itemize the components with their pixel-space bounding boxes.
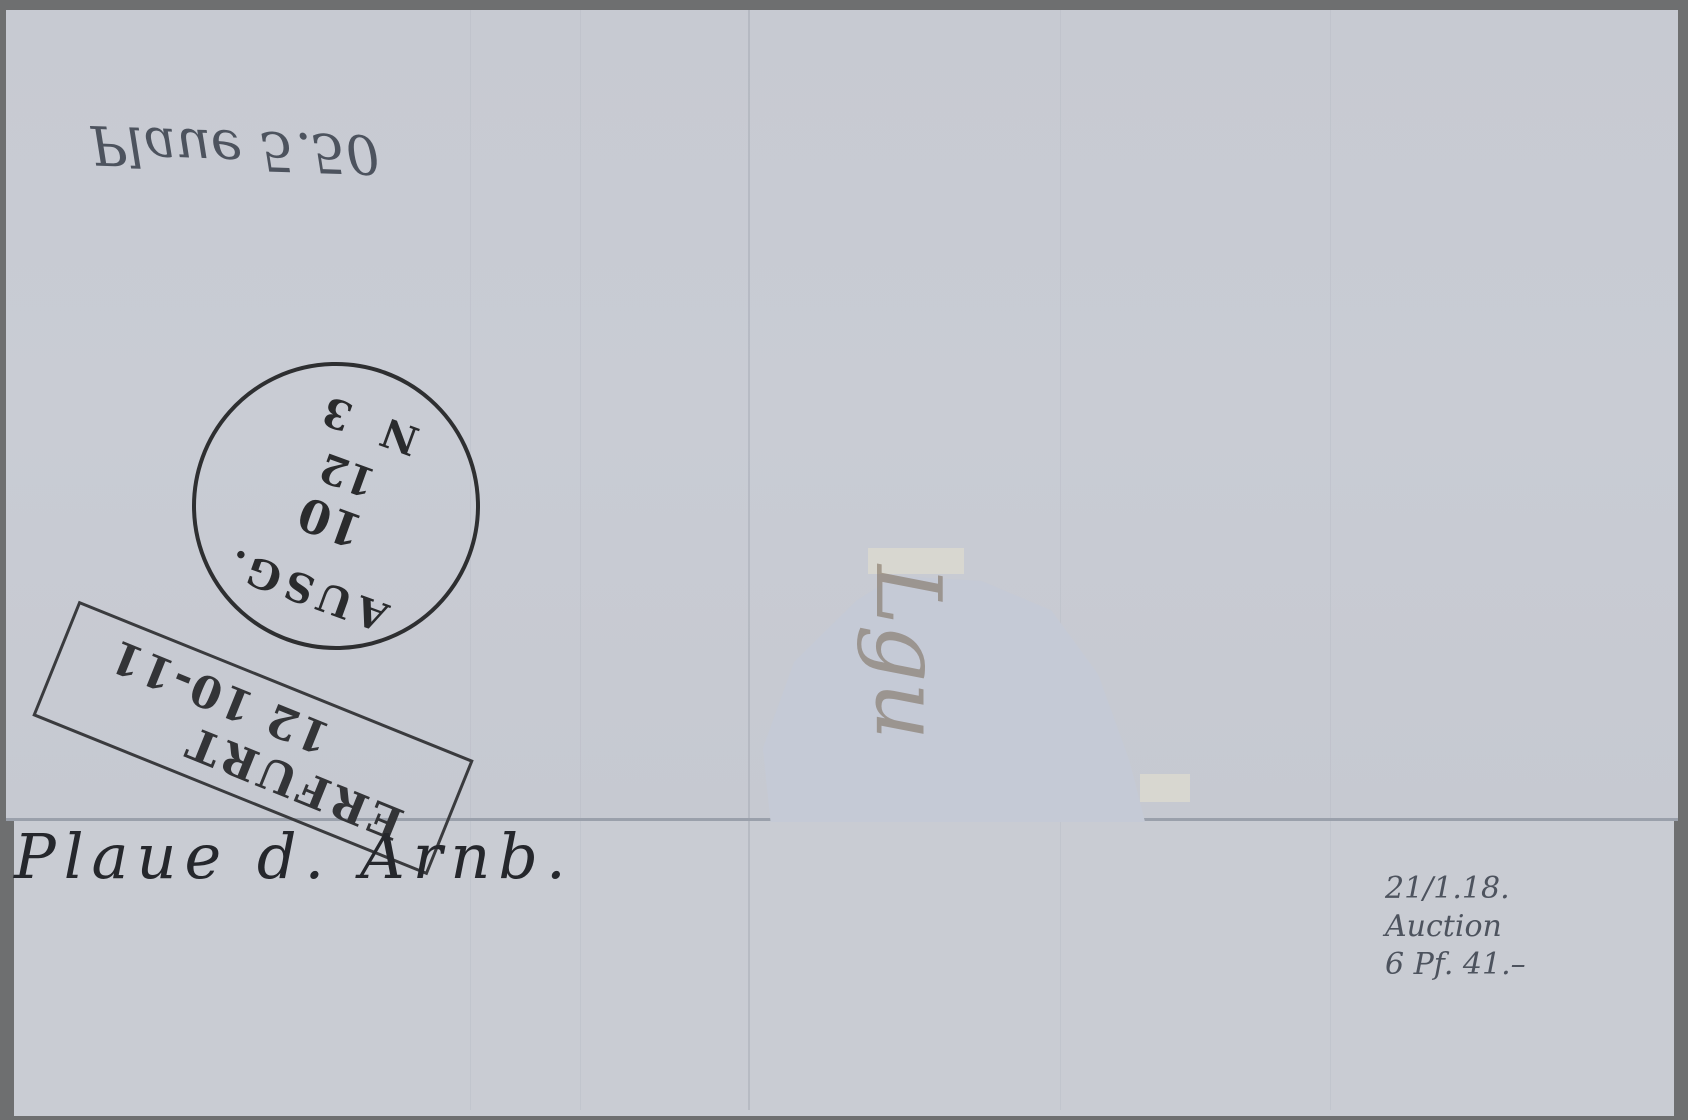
auction-date: 21/1.18. bbox=[1385, 870, 1526, 908]
auction-price: 6 Pf. 41.– bbox=[1385, 946, 1526, 984]
ruling-line bbox=[580, 10, 581, 1110]
hinge-tape bbox=[1140, 774, 1190, 802]
fold-line bbox=[748, 10, 750, 1110]
ruling-line bbox=[470, 10, 471, 1110]
letter-cover: Plaue 5.50 AUSG. 10 12 N 3 ERFURT 12 10-… bbox=[0, 0, 1688, 1120]
ruling-line bbox=[1330, 10, 1331, 1110]
auction-label: Auction bbox=[1385, 908, 1526, 946]
auction-note: 21/1.18. Auction 6 Pf. 41.– bbox=[1385, 870, 1526, 984]
address-note: Plaue d. Arnb. bbox=[14, 820, 574, 893]
pencil-note-top: Plaue 5.50 bbox=[89, 113, 381, 186]
flap-script: Lgu bbox=[855, 565, 960, 740]
ruling-line bbox=[1060, 10, 1061, 1110]
